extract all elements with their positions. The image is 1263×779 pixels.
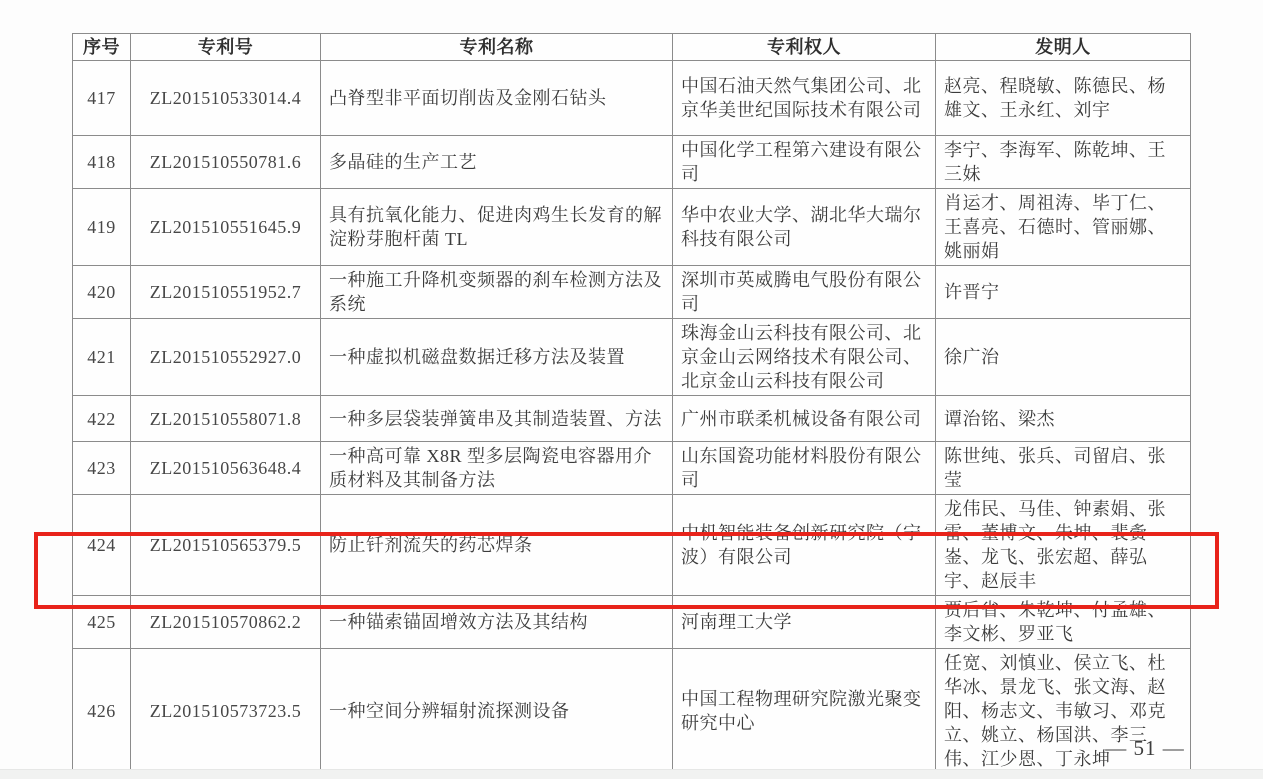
cell-inventors: 陈世纯、张兵、司留启、张莹 bbox=[936, 442, 1191, 495]
cell-assignee: 广州市联柔机械设备有限公司 bbox=[673, 396, 936, 442]
cell-inventors: 赵亮、程晓敏、陈德民、杨雄文、王永红、刘宇 bbox=[936, 61, 1191, 136]
table-row: 421 ZL201510552927.0 一种虚拟机磁盘数据迁移方法及装置 珠海… bbox=[73, 319, 1191, 396]
header-patent-number: 专利号 bbox=[131, 34, 321, 61]
cell-no: 421 bbox=[73, 319, 131, 396]
red-highlight-box bbox=[34, 532, 1219, 609]
cell-assignee: 中国工程物理研究院激光聚变研究中心 bbox=[673, 649, 936, 774]
cell-inventors: 谭治铭、梁杰 bbox=[936, 396, 1191, 442]
bottom-edge-strip bbox=[0, 769, 1263, 779]
table-row: 420 ZL201510551952.7 一种施工升降机变频器的刹车检测方法及系… bbox=[73, 266, 1191, 319]
cell-assignee: 中国石油天然气集团公司、北京华美世纪国际技术有限公司 bbox=[673, 61, 936, 136]
cell-inventors: 李宁、李海军、陈乾坤、王三妹 bbox=[936, 136, 1191, 189]
cell-patent-title: 一种高可靠 X8R 型多层陶瓷电容器用介质材料及其制备方法 bbox=[321, 442, 673, 495]
header-patent-title: 专利名称 bbox=[321, 34, 673, 61]
table-row: 419 ZL201510551645.9 具有抗氧化能力、促进肉鸡生长发育的解淀… bbox=[73, 189, 1191, 266]
cell-patent-number: ZL201510558071.8 bbox=[131, 396, 321, 442]
table-header-row: 序号 专利号 专利名称 专利权人 发明人 bbox=[73, 34, 1191, 61]
table-row: 418 ZL201510550781.6 多晶硅的生产工艺 中国化学工程第六建设… bbox=[73, 136, 1191, 189]
cell-patent-title: 一种施工升降机变频器的刹车检测方法及系统 bbox=[321, 266, 673, 319]
cell-patent-number: ZL201510551645.9 bbox=[131, 189, 321, 266]
cell-patent-number: ZL201510563648.4 bbox=[131, 442, 321, 495]
cell-assignee: 深圳市英威腾电气股份有限公司 bbox=[673, 266, 936, 319]
cell-assignee: 华中农业大学、湖北华大瑞尔科技有限公司 bbox=[673, 189, 936, 266]
cell-no: 422 bbox=[73, 396, 131, 442]
table-row: 417 ZL201510533014.4 凸脊型非平面切削齿及金刚石钻头 中国石… bbox=[73, 61, 1191, 136]
cell-assignee: 中国化学工程第六建设有限公司 bbox=[673, 136, 936, 189]
cell-assignee: 山东国瓷功能材料股份有限公司 bbox=[673, 442, 936, 495]
cell-no: 420 bbox=[73, 266, 131, 319]
cell-patent-title: 一种空间分辨辐射流探测设备 bbox=[321, 649, 673, 774]
cell-patent-number: ZL201510552927.0 bbox=[131, 319, 321, 396]
cell-patent-title: 一种虚拟机磁盘数据迁移方法及装置 bbox=[321, 319, 673, 396]
cell-patent-number: ZL201510573723.5 bbox=[131, 649, 321, 774]
cell-patent-title: 一种多层袋装弹簧串及其制造装置、方法 bbox=[321, 396, 673, 442]
table-row: 426 ZL201510573723.5 一种空间分辨辐射流探测设备 中国工程物… bbox=[73, 649, 1191, 774]
cell-no: 418 bbox=[73, 136, 131, 189]
cell-patent-title: 具有抗氧化能力、促进肉鸡生长发育的解淀粉芽胞杆菌 TL bbox=[321, 189, 673, 266]
cell-patent-number: ZL201510533014.4 bbox=[131, 61, 321, 136]
document-page: 序号 专利号 专利名称 专利权人 发明人 417 ZL201510533014.… bbox=[0, 0, 1263, 779]
header-inventors: 发明人 bbox=[936, 34, 1191, 61]
cell-inventors: 肖运才、周祖涛、毕丁仁、王喜亮、石德时、管丽娜、姚丽娟 bbox=[936, 189, 1191, 266]
cell-no: 417 bbox=[73, 61, 131, 136]
page-number: — 51 — bbox=[1095, 736, 1195, 761]
header-assignee: 专利权人 bbox=[673, 34, 936, 61]
cell-no: 423 bbox=[73, 442, 131, 495]
cell-no: 426 bbox=[73, 649, 131, 774]
cell-inventors: 许晋宁 bbox=[936, 266, 1191, 319]
patent-table: 序号 专利号 专利名称 专利权人 发明人 417 ZL201510533014.… bbox=[72, 33, 1191, 774]
cell-patent-number: ZL201510550781.6 bbox=[131, 136, 321, 189]
cell-assignee: 珠海金山云科技有限公司、北京金山云网络技术有限公司、北京金山云科技有限公司 bbox=[673, 319, 936, 396]
table-row: 422 ZL201510558071.8 一种多层袋装弹簧串及其制造装置、方法 … bbox=[73, 396, 1191, 442]
cell-no: 419 bbox=[73, 189, 131, 266]
cell-inventors: 徐广治 bbox=[936, 319, 1191, 396]
cell-patent-title: 凸脊型非平面切削齿及金刚石钻头 bbox=[321, 61, 673, 136]
header-no: 序号 bbox=[73, 34, 131, 61]
cell-patent-title: 多晶硅的生产工艺 bbox=[321, 136, 673, 189]
table-row: 423 ZL201510563648.4 一种高可靠 X8R 型多层陶瓷电容器用… bbox=[73, 442, 1191, 495]
cell-patent-number: ZL201510551952.7 bbox=[131, 266, 321, 319]
